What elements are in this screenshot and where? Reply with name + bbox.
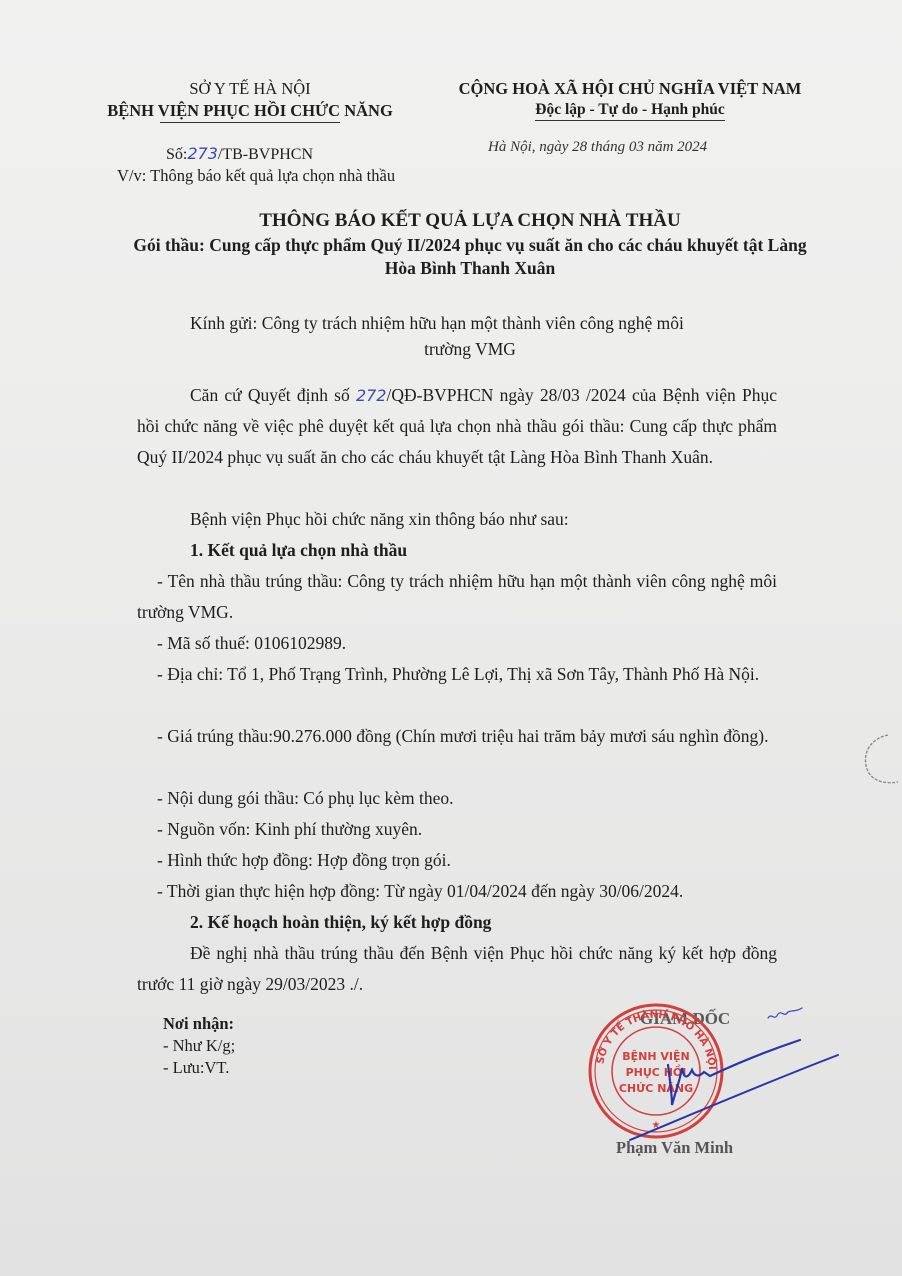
recipient-item: - Như K/g;: [163, 1035, 235, 1057]
recipient: Kính gửi: Công ty trách nhiệm hữu hạn mộ…: [190, 310, 810, 362]
document-title: THÔNG BÁO KẾT QUẢ LỰA CHỌN NHÀ THẦU: [130, 210, 810, 232]
hospital-name: BỆNH VIỆN PHỤC HỒI CHỨC NĂNG: [90, 100, 410, 122]
handwritten-doc-number: 273: [187, 144, 218, 163]
issuer-header: SỞ Y TẾ HÀ NỘI BỆNH VIỆN PHỤC HỒI CHỨC N…: [90, 78, 410, 123]
result-item-duration: - Thời gian thực hiện hợp đồng: Từ ngày …: [137, 876, 777, 907]
package-name: Gói thầu: Cung cấp thực phẩm Quý II/2024…: [130, 234, 810, 280]
result-item-content: - Nội dung gói thầu: Có phụ lục kèm theo…: [137, 783, 777, 814]
result-item-funding: - Nguồn vốn: Kinh phí thường xuyên.: [137, 814, 777, 845]
document-subject: V/v: Thông báo kết quả lựa chọn nhà thầu: [117, 166, 395, 186]
result-item-address: - Địa chỉ: Tổ 1, Phố Trạng Trình, Phường…: [137, 659, 777, 690]
section-2-text: Đề nghị nhà thầu trúng thầu đến Bệnh việ…: [137, 938, 777, 1000]
republic-name: CỘNG HOÀ XÃ HỘI CHỦ NGHĨA VIỆT NAM: [440, 78, 820, 100]
result-item-contract-type: - Hình thức hợp đồng: Hợp đồng trọn gói.: [137, 845, 777, 876]
document-number: Số:273/TB-BVPHCN: [166, 144, 313, 164]
recipient-line-1: Kính gửi: Công ty trách nhiệm hữu hạn mộ…: [190, 313, 684, 333]
result-item-contractor: - Tên nhà thầu trúng thầu: Công ty trách…: [137, 566, 777, 628]
signer-name: Phạm Văn Minh: [616, 1138, 733, 1158]
agency-name: SỞ Y TẾ HÀ NỘI: [90, 78, 410, 100]
basis-paragraph: Căn cứ Quyết định số 272/QĐ-BVPHCN ngày …: [137, 380, 777, 473]
hospital-underline: [160, 122, 340, 123]
result-item-price: - Giá trúng thầu:90.276.000 đồng (Chín m…: [137, 721, 777, 752]
section-1-heading: 1. Kết quả lựa chọn nhà thầu: [137, 535, 777, 566]
national-header: CỘNG HOÀ XÃ HỘI CHỦ NGHĨA VIỆT NAM Độc l…: [440, 78, 820, 121]
document-date: Hà Nội, ngày 28 tháng 03 năm 2024: [488, 139, 707, 156]
handwritten-signature-icon: [600, 1000, 840, 1150]
paper-smudge-icon: [858, 730, 902, 790]
section-2-heading: 2. Kế hoạch hoàn thiện, ký kết hợp đồng: [137, 907, 777, 938]
recipients-list: Nơi nhận: - Như K/g; - Lưu:VT.: [163, 1013, 235, 1079]
result-item-tax-code: - Mã số thuế: 0106102989.: [137, 628, 777, 659]
document-page: SỞ Y TẾ HÀ NỘI BỆNH VIỆN PHỤC HỒI CHỨC N…: [0, 0, 902, 1276]
recipients-heading: Nơi nhận:: [163, 1013, 235, 1035]
recipient-line-2: trường VMG: [190, 336, 810, 362]
recipient-item: - Lưu:VT.: [163, 1057, 235, 1079]
intro-paragraph: Bệnh viện Phục hồi chức năng xin thông b…: [137, 504, 777, 535]
national-motto: Độc lập - Tự do - Hạnh phúc: [535, 100, 724, 121]
handwritten-decision-number: 272: [356, 386, 387, 405]
